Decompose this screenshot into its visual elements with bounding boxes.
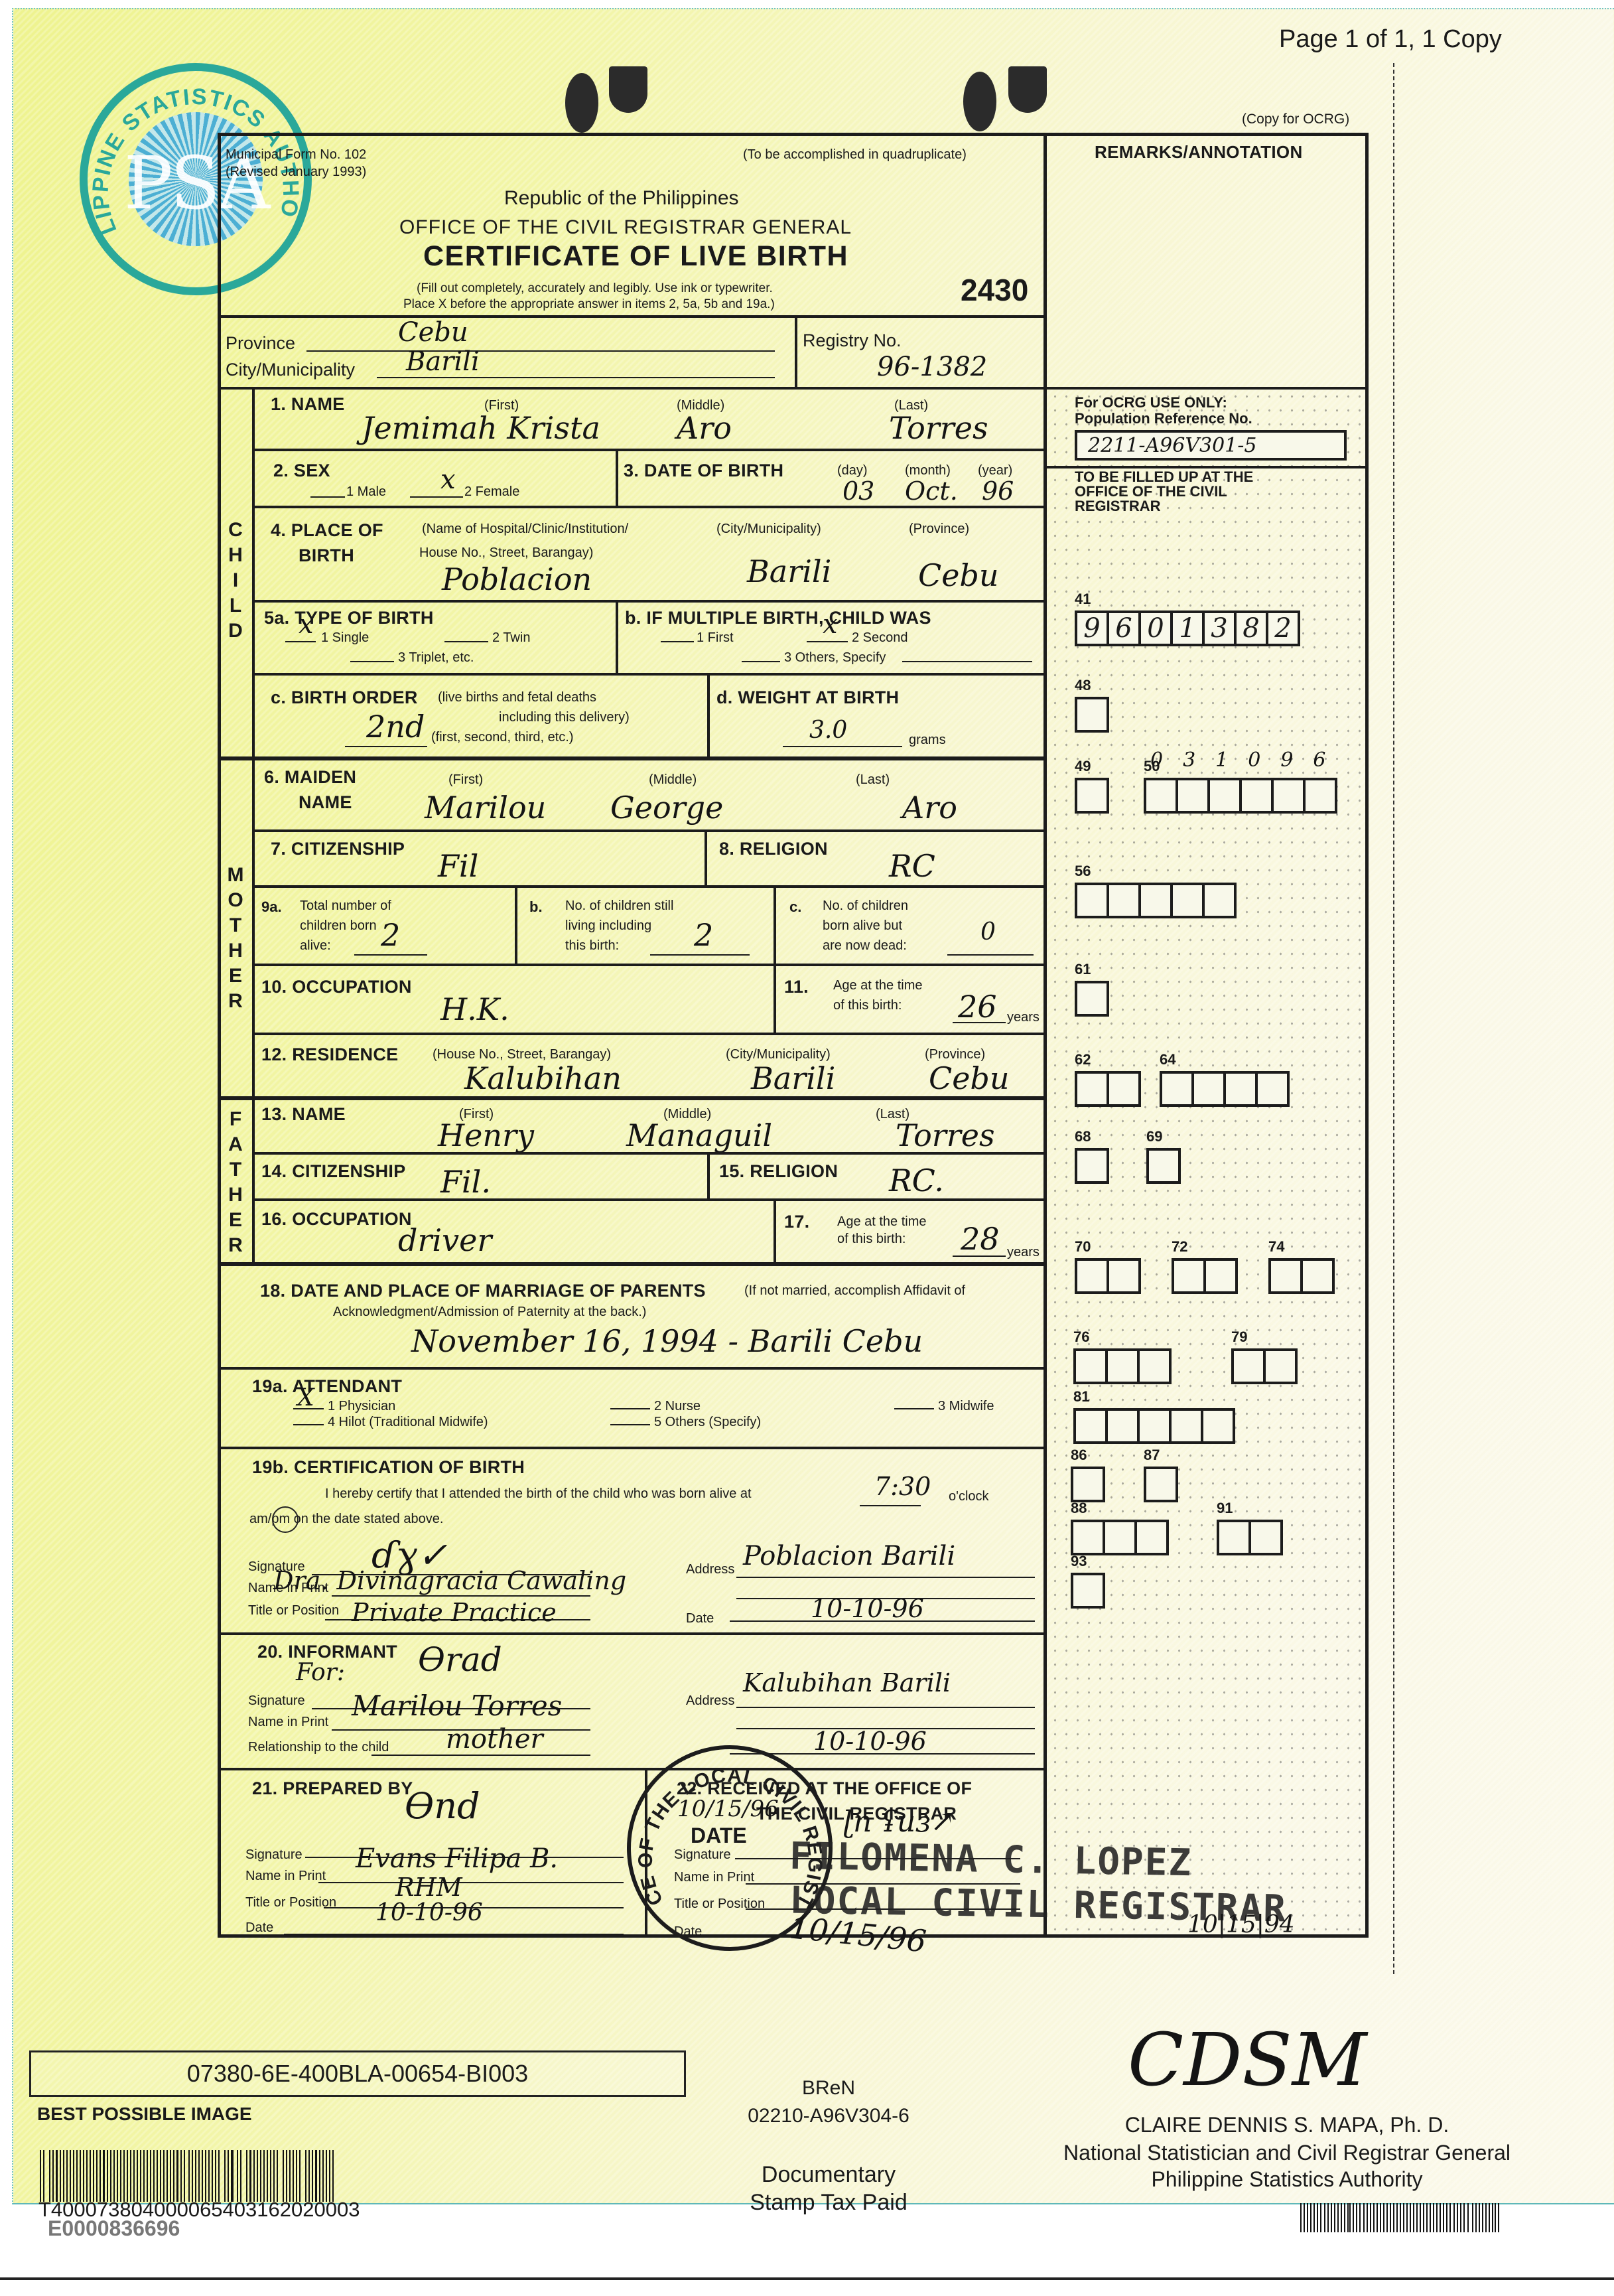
divider [218,1447,1047,1449]
ocrg-digit-box[interactable] [1300,1258,1335,1294]
divider [252,1033,1047,1035]
ocrg-digit-box[interactable] [1231,1348,1266,1384]
divider [515,885,517,964]
ocrg-field-49 [1075,778,1109,814]
children-dead-text: born alive but [823,918,902,934]
seal-date-label: DATE [691,1824,747,1848]
attendant-address[interactable]: Poblacion Barili [743,1541,955,1571]
registrar-signature-scribble: ɭn ʢuɜ↗ [842,1805,955,1839]
birth-order-note-3: (first, second, third, etc.) [431,730,574,745]
divider [218,1367,1047,1370]
ocrg-field-76 [1073,1348,1172,1384]
ocrg-field-87 [1144,1467,1178,1502]
mother-citizenship[interactable]: Fil [438,848,478,884]
ocrg-digit-box[interactable] [1137,1348,1172,1384]
ocrg-field-number: 49 [1075,758,1091,775]
children-living-text: No. of children still [565,898,673,914]
ocrg-digit-box[interactable] [1303,778,1337,814]
ocrg-digit-box[interactable] [1207,778,1242,814]
ocrg-field-number: 79 [1231,1328,1247,1346]
oclock-label: o'clock [949,1489,989,1504]
divider [252,449,1047,451]
page-bottom-rule [0,2277,1614,2280]
children-born-line [354,954,427,956]
ocrg-digit-box[interactable] [1263,1348,1298,1384]
ocrg-field-91 [1217,1520,1283,1555]
relationship-label: Relationship to the child [248,1740,389,1755]
birth-order-note-2: including this delivery) [499,710,630,725]
pob-label: 4. PLACE OF [271,520,383,541]
ocrg-digit-box[interactable] [1248,1520,1283,1555]
ocrg-digit-box[interactable] [1202,883,1237,918]
seal-date: 10/15/96 [677,1796,779,1822]
date-label: Date [686,1611,714,1626]
address-line [736,1577,1035,1578]
ocrg-field-number: 69 [1146,1128,1162,1145]
signatory-name: CLAIRE DENNIS S. MAPA, Ph. D. [1035,2113,1539,2137]
residence-city[interactable]: Barili [751,1060,835,1096]
mother-first-name[interactable]: Marilou [425,790,546,825]
instructions-line-1: (Fill out completely, accurately and leg… [417,281,773,296]
ocrg-field-number: 61 [1075,961,1091,978]
ocrg-digit-box[interactable] [1073,1408,1108,1444]
ocrg-field-number: 81 [1073,1388,1089,1405]
divider [252,829,1047,832]
informant-relationship[interactable]: mother [446,1724,543,1755]
ocrg-digit-box[interactable] [1075,981,1109,1017]
date-line [284,1934,624,1935]
ocrg-field-number: 48 [1075,677,1091,694]
children-living-value[interactable]: 2 [694,917,713,953]
form-revised: (Revised January 1993) [226,165,366,180]
birth-time-line [860,1505,921,1506]
attendant-physician[interactable]: 1 Physician [328,1399,395,1414]
best-possible-image-note: BEST POSSIBLE IMAGE [37,2104,252,2125]
city-line [377,377,775,378]
ocrg-field-62 [1075,1071,1141,1107]
ocrg-field-50 [1144,778,1337,814]
ocrg-digit-box[interactable] [1217,1520,1251,1555]
mother-last-name[interactable]: Aro [902,790,957,825]
ocrg-digit-box[interactable] [1073,1348,1108,1384]
multiple-first[interactable]: 1 First [697,630,734,646]
ocrg-digit-box[interactable] [1203,1258,1238,1294]
ocrg-field-68 [1075,1148,1109,1184]
name-line [332,1595,590,1597]
father-age-unit: years [1007,1245,1040,1260]
attendant-midwife[interactable]: 3 Midwife [938,1399,994,1414]
ocrg-field-56 [1075,883,1237,918]
ocrg-field-69 [1146,1148,1181,1184]
registry-label: Registry No. [803,330,902,351]
mother-age-label: 11. [784,977,809,997]
security-barcode [1300,2203,1501,2232]
ocrg-digit-box[interactable] [1255,1071,1290,1107]
name-in-print-label: Name in Print [248,1715,328,1730]
form-number: Municipal Form No. 102 [226,147,366,163]
twin-blank [444,641,488,642]
ocrg-digit-box[interactable] [1144,778,1178,814]
ocrg-digit-box[interactable] [1172,1258,1206,1294]
ocrg-digit-box[interactable] [1146,1148,1181,1184]
dob-day[interactable]: 03 [842,476,874,506]
pob-province[interactable]: Cebu [918,557,999,593]
city-label: City/Municipality [226,360,355,380]
divider [252,885,1047,888]
office-heading: OFFICE OF THE CIVIL REGISTRAR GENERAL [399,216,852,239]
ocrg-digit-box[interactable] [1107,1071,1141,1107]
bren-label: BReN [779,2077,878,2100]
father-name-label: 13. NAME [261,1104,346,1125]
others-blank [610,1424,650,1425]
divider [252,1152,1047,1155]
others-blank [742,661,780,662]
title-label: Title or Position [248,1603,339,1618]
father-citizenship-label: 14. CITIZENSHIP [261,1161,406,1182]
mother-name-label-2: NAME [299,792,352,813]
ocrg-field-70 [1075,1258,1141,1294]
attendant-label: 19a. ATTENDANT [252,1376,402,1397]
pm-circle [272,1506,299,1533]
divider [773,885,776,964]
date-label: Date [245,1920,273,1936]
sex-label: 2. SEX [273,461,330,481]
attendant-others[interactable]: 5 Others (Specify) [654,1415,761,1430]
punch-hole [963,72,996,131]
province-line [306,350,775,352]
marriage-label: 18. DATE AND PLACE OF MARRIAGE OF PARENT… [260,1281,706,1301]
ocrg-digit-box[interactable] [1105,1408,1140,1444]
sex-option-male[interactable]: 1 Male [346,484,386,500]
ocrg-field-number: 88 [1071,1500,1087,1517]
ocrg-field-88 [1071,1520,1169,1555]
province-value[interactable]: Cebu [398,317,468,348]
mother-middle-name[interactable]: George [610,790,723,825]
fill-up-label: TO BE FILLED UP AT THE OFFICE OF THE CIV… [1075,470,1287,514]
punch-hole [565,73,598,133]
ocrg-digit-box[interactable] [1075,697,1109,733]
first-blank [661,641,694,642]
attendant-nurse[interactable]: 2 Nurse [654,1399,701,1414]
ocrg-digit-box[interactable] [1107,1258,1141,1294]
ocrg-digit-box[interactable] [1144,1467,1178,1502]
divider [773,964,776,1033]
ocrg-digit-box[interactable] [1191,1071,1226,1107]
ocrg-digit-box[interactable] [1071,1520,1105,1555]
signatory-signature: CDSM [1128,2017,1367,2102]
type-of-birth-label: 5a. TYPE OF BIRTH [264,608,434,628]
father-age[interactable]: 28 [961,1221,1000,1257]
dob-year[interactable]: 96 [982,476,1014,506]
weight-value[interactable]: 3.0 [809,717,847,744]
father-citizenship[interactable]: Fil. [440,1164,491,1200]
section-column-divider [252,387,255,1263]
title-label: Title or Position [245,1895,336,1910]
divider [773,1198,776,1262]
father-last-name[interactable]: Torres [896,1117,995,1153]
ocrg-use-label: For OCRG USE ONLY: [1075,394,1227,411]
sex-mark[interactable]: x [440,465,456,495]
ocrg-field-50-note: 031096 [1150,749,1346,772]
child-name-label: 1. NAME [271,394,345,415]
ocrg-field-81 [1073,1408,1235,1444]
province-label: Province [226,333,295,354]
divider [616,449,618,506]
child-last-name[interactable]: Torres [889,410,988,446]
ocrg-digit-box[interactable] [1107,883,1141,918]
attendant-title[interactable]: Private Practice [352,1598,557,1627]
children-born-text: children born [300,918,377,934]
child-first-name[interactable]: Jemimah Krista [362,410,600,446]
ocrg-digit-box[interactable] [1160,1071,1194,1107]
midwife-blank [894,1408,934,1409]
ocrg-digit-box[interactable]: 2 [1266,610,1300,646]
children-dead-value[interactable]: 0 [980,918,996,946]
punch-hole [1008,66,1047,113]
mother-age-unit: years [1007,1010,1040,1025]
residence-place[interactable]: Kalubihan [464,1060,622,1096]
multiple-others[interactable]: 3 Others, Specify [784,650,886,666]
children-born-text: alive: [300,938,331,954]
certification-label: 19b. CERTIFICATION OF BIRTH [252,1457,525,1478]
father-first-name[interactable]: Henry [438,1117,534,1153]
residence-province[interactable]: Cebu [929,1060,1010,1096]
serial-number: 2430 [961,272,1028,308]
signatory-title: National Statistician and Civil Registra… [1035,2141,1539,2165]
multiple-birth-mark[interactable]: x [823,609,838,640]
first-label: (First) [448,772,483,788]
preparer-date[interactable]: 10-10-96 [375,1899,483,1926]
father-occupation[interactable]: driver [398,1222,492,1258]
ocrg-digit-box[interactable] [1075,1148,1109,1184]
informant-address[interactable]: Kalubihan Barili [743,1668,951,1697]
children-dead-label: c. [789,898,801,916]
city-value[interactable]: Barili [406,346,480,377]
mother-religion[interactable]: RC [889,848,935,884]
divider [252,673,1047,676]
single-blank [285,641,316,642]
informant-signature-scribble: Ɵrad [418,1640,502,1679]
attendant-name[interactable]: Dra. Divinagracia Cawaling [273,1566,626,1595]
province-sublabel: (Province) [909,522,969,537]
ocrg-digit-box[interactable]: 1 [1170,610,1205,646]
type-of-birth-mark[interactable]: x [299,609,314,640]
father-religion[interactable]: RC. [889,1163,944,1198]
children-dead-text: No. of children [823,898,908,914]
type-twin[interactable]: 2 Twin [492,630,530,646]
ocrg-digit-box[interactable] [1271,778,1306,814]
pob-city[interactable]: Barili [747,553,831,589]
ocrg-field-number: 74 [1268,1238,1284,1256]
divider [218,315,1047,318]
ocrg-digit-box[interactable] [1201,1408,1235,1444]
remarks-title: REMARKS/ANNOTATION [1095,142,1303,163]
city-municipality-label: (City/Municipality) [716,522,821,537]
father-age-label: 17. [784,1212,809,1232]
section-divider [218,756,1047,760]
ocrg-digit-box[interactable] [1268,1258,1303,1294]
republic-heading: Republic of the Philippines [504,187,739,210]
children-born-text: Total number of [300,898,391,914]
ocrg-field-number: 72 [1172,1238,1187,1256]
ocrg-digit-box[interactable] [1071,1573,1105,1609]
security-serial: E0000836696 [48,2216,180,2241]
name-line [318,1882,624,1883]
section-label-mother: MOTHER [226,863,245,1014]
doc-stamp-label-2: Stamp Tax Paid [712,2190,945,2216]
mother-age-text: of this birth: [833,998,902,1013]
dob-month[interactable]: Oct. [905,476,958,506]
ocrg-field-number: 62 [1075,1051,1091,1068]
name-in-print-label: Name in Print [245,1869,326,1884]
perforation-line [1393,63,1394,1974]
instructions-line-2: Place X before the appropriate answer in… [403,297,775,312]
ocrg-field-number: 56 [1075,863,1091,880]
birth-order-value[interactable]: 2nd [366,709,425,745]
ocrg-field-64 [1160,1071,1290,1107]
ocrg-digit-box[interactable] [1075,883,1109,918]
male-blank [310,496,345,498]
birth-time[interactable]: 7:30 [874,1472,931,1501]
ocrg-digit-box[interactable] [1103,1520,1137,1555]
residence-label: 12. RESIDENCE [261,1044,398,1065]
child-middle-name[interactable]: Aro [677,410,732,446]
population-ref-value: 2211-A96V301-5 [1077,433,1344,459]
type-triplet[interactable]: 3 Triplet, etc. [398,650,474,666]
ocrg-field-number: 41 [1075,591,1091,608]
ocrg-digit-box[interactable]: 8 [1234,610,1268,646]
ocrg-digit-box[interactable] [1134,1520,1169,1555]
informant-signature[interactable]: For: [296,1659,345,1686]
ocrg-digit-box[interactable] [1137,1408,1172,1444]
middle-label: (Middle) [649,772,697,788]
attendant-date[interactable]: 10-10-96 [811,1594,924,1623]
preparer-signature-scribble: Ɵnd [405,1785,480,1827]
mother-occupation-label: 10. OCCUPATION [261,977,412,997]
ocrg-digit-box[interactable]: 0 [1138,610,1173,646]
control-number-box: 07380-6E-400BLA-00654-BI003 [29,2050,686,2097]
copy-for-ocrg: (Copy for OCRG) [1242,111,1349,127]
ocrg-digit-box[interactable] [1239,778,1274,814]
hilot-blank [293,1424,324,1425]
others-specify-line [902,661,1032,662]
bren-number: 02210-A96V304-6 [712,2105,945,2127]
divider [218,387,1047,390]
father-occupation-label: 16. OCCUPATION [261,1209,412,1230]
divider [252,964,1047,966]
ocrg-field-86 [1071,1467,1105,1502]
section-divider [218,1096,1047,1100]
dob-label: 3. DATE OF BIRTH [624,461,783,481]
preparer-name[interactable]: Evans Filipa B. [356,1843,558,1874]
ocrg-digit-box[interactable]: 6 [1107,610,1141,646]
female-blank [410,496,463,498]
children-living-line [650,954,750,956]
ocrg-digit-box[interactable]: 9 [1075,610,1109,646]
children-born-value[interactable]: 2 [381,917,400,953]
address-label: Address [686,1693,734,1709]
children-born-label: 9a. [261,898,282,916]
mother-age[interactable]: 26 [958,989,997,1025]
ocrg-field-79 [1231,1348,1298,1384]
ocrg-digit-box[interactable] [1176,778,1210,814]
weight-unit: grams [909,733,946,748]
marriage-date-place[interactable]: November 16, 1994 - Barili Cebu [411,1323,923,1359]
ocrg-field-number: 64 [1160,1051,1176,1068]
multiple-birth-label: b. IF MULTIPLE BIRTH, CHILD WAS [625,608,931,628]
ocrg-digit-box[interactable] [1169,1408,1203,1444]
form-title: CERTIFICATE OF LIVE BIRTH [423,240,848,273]
ocrg-field-number: 93 [1071,1553,1087,1570]
pob-label-2: BIRTH [299,545,354,566]
birth-order-label: c. BIRTH ORDER [271,687,418,708]
children-living-label: b. [529,898,543,916]
ocrg-digit-box[interactable] [1105,1348,1140,1384]
attendant-hilot[interactable]: 4 Hilot (Traditional Midwife) [328,1415,488,1430]
mother-occupation[interactable]: H.K. [440,991,509,1027]
ocrg-digit-box[interactable] [1223,1071,1258,1107]
divider [616,600,618,673]
ocrg-digit-box[interactable]: 3 [1202,610,1237,646]
father-middle-name[interactable]: Managuil [626,1117,772,1153]
marriage-note: (If not married, accomplish Affidavit of [744,1283,965,1299]
ocrg-digit-box[interactable] [1075,1071,1109,1107]
father-age-text: of this birth: [837,1232,906,1247]
divider [218,1632,1047,1635]
divider [705,829,707,885]
pob-place[interactable]: Poblacion [442,561,592,597]
divider [252,1198,1047,1201]
ocrg-digit-box[interactable] [1138,883,1173,918]
sex-option-female[interactable]: 2 Female [464,484,519,500]
ocrg-field-number: 76 [1073,1328,1089,1346]
last-label: (Last) [856,772,890,788]
ocrg-digit-box[interactable] [1170,883,1205,918]
signatory-organization: Philippine Statistics Authority [1035,2167,1539,2192]
second-blank [807,641,848,642]
triplet-blank [350,661,394,662]
ocrg-field-72 [1172,1258,1238,1294]
divider [252,600,1047,603]
mother-name-label: 6. MAIDEN [264,767,356,788]
ocrg-field-41: 9601382 [1075,610,1300,646]
ocrg-field-61 [1075,981,1109,1017]
section-label-child: CHILD [226,518,245,644]
relationship-line [371,1755,590,1756]
prepared-by-label: 21. PREPARED BY [252,1778,413,1799]
mother-religion-label: 8. RELIGION [719,839,828,859]
multiple-second[interactable]: 2 Second [852,630,908,646]
population-ref-label: Population Reference No. [1075,410,1252,427]
registry-value[interactable]: 96-1382 [877,352,987,382]
certification-text: I hereby certify that I attended the bir… [325,1486,752,1502]
population-ref-box[interactable]: 2211-A96V301-5 [1075,430,1347,461]
preparer-title[interactable]: RHM [395,1873,462,1902]
informant-name[interactable]: Marilou Torres [352,1689,562,1722]
weight-label: d. WEIGHT AT BIRTH [716,687,899,708]
ocrg-digit-box[interactable] [1071,1467,1105,1502]
informant-date[interactable]: 10-10-96 [813,1727,927,1756]
house-label: House No., Street, Barangay) [419,545,593,561]
type-single[interactable]: 1 Single [321,630,369,646]
birth-order-line [345,746,427,747]
barcode [40,2150,336,2202]
ocrg-digit-box[interactable] [1075,1258,1109,1294]
punch-hole [609,66,647,113]
ocrg-digit-box[interactable] [1075,778,1109,814]
ocrg-field-number: 91 [1217,1500,1233,1517]
attendant-mark[interactable]: X [297,1384,314,1411]
